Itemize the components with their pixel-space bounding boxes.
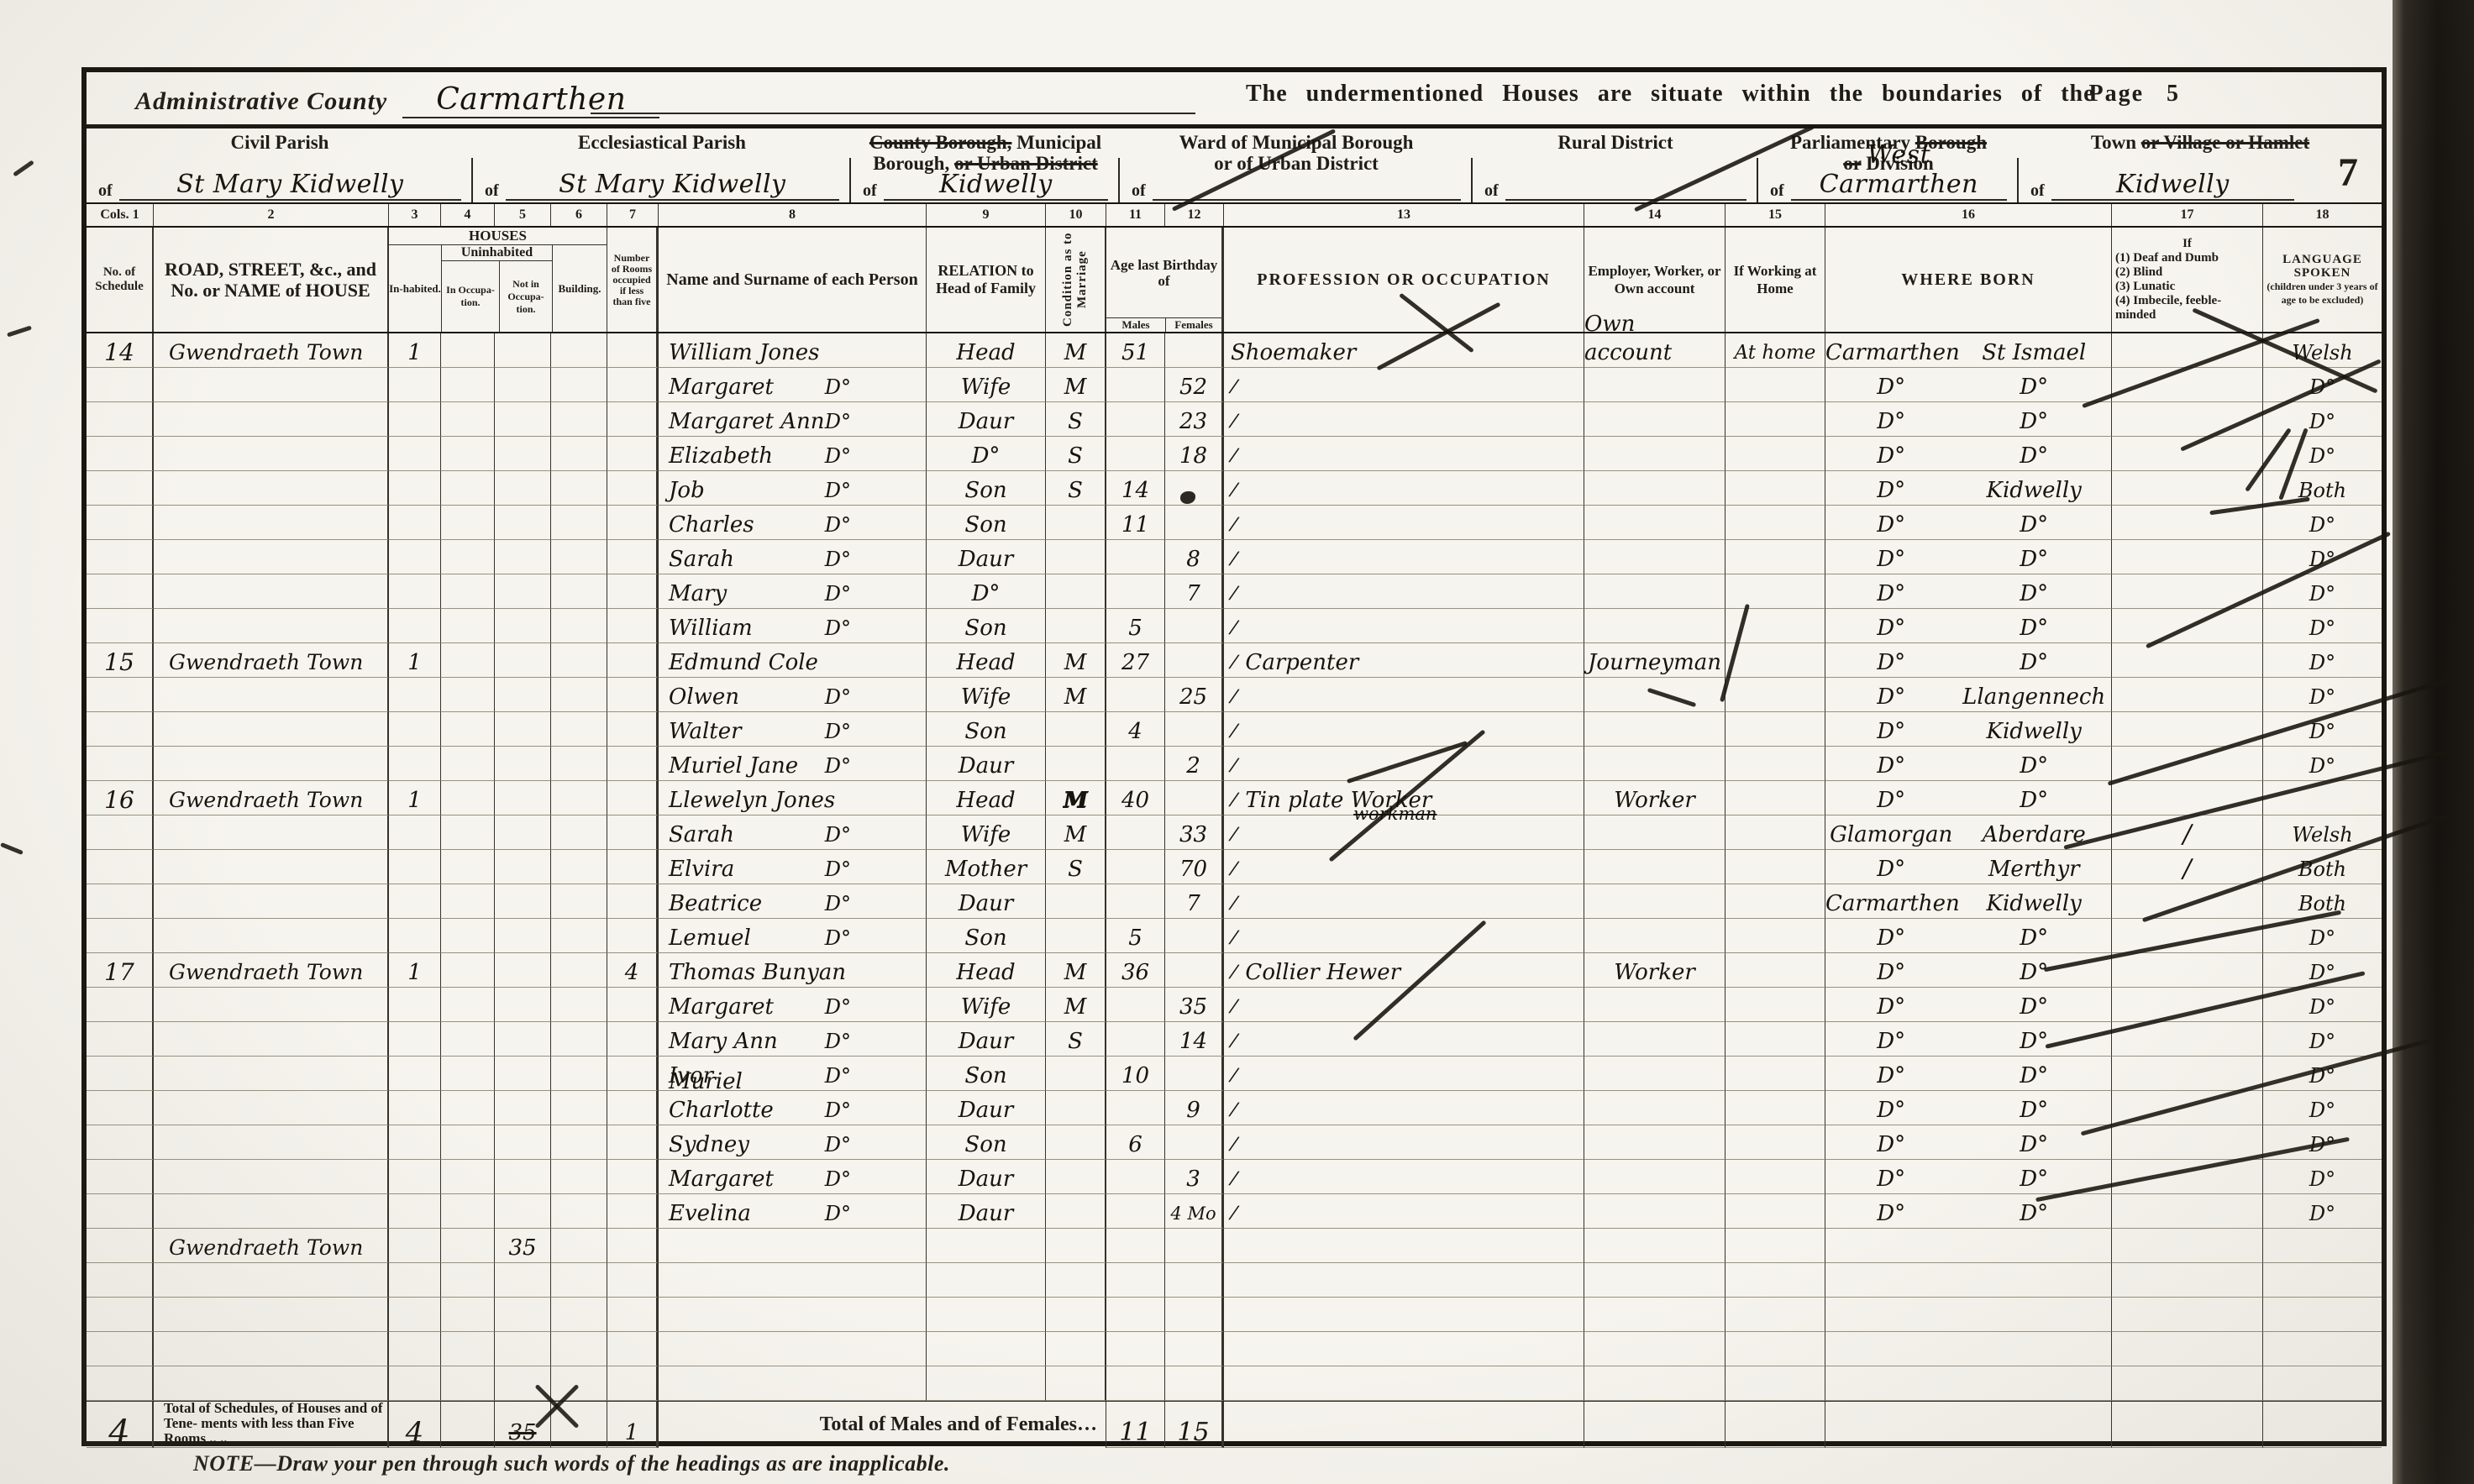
col-building: Building. (553, 245, 607, 332)
person-name: William Jones (659, 338, 820, 367)
cell-building (551, 471, 607, 506)
table-row: IvorD°Son10/D°D°D° (87, 1057, 2382, 1091)
cell-in-occupation (441, 953, 495, 988)
cell-employer (1584, 1263, 1725, 1298)
cell-age-male: 10 (1106, 1057, 1165, 1091)
cell-infirmity: / (2112, 815, 2263, 850)
cell-language: D° (2263, 368, 2382, 402)
cell-age-male: 40 (1106, 781, 1165, 815)
cell-not-in-occupation (495, 1366, 551, 1401)
ward-label2: or of Urban District (1120, 153, 1473, 174)
cell-where-born: D°Kidwelly (1825, 471, 2112, 506)
col-females: Females (1166, 318, 1221, 332)
cell-inhabited (389, 1125, 441, 1160)
cell-in-occupation (441, 1194, 495, 1229)
infirmity-item-4: (4) Imbecile, feeble-minded (2115, 294, 2259, 322)
born-county: D° (1825, 1165, 1957, 1193)
parliamentary-box: Parliamentary Borough or Division ofWest… (1758, 128, 2019, 202)
cell-schedule (87, 1160, 154, 1194)
ward-value (1153, 199, 1461, 201)
born-county: D° (1825, 476, 1957, 505)
person-name: Sydney (659, 1130, 749, 1159)
born-parish: D° (1957, 993, 2111, 1021)
cell-occupation: / (1224, 471, 1584, 506)
cell-rooms (607, 919, 659, 953)
administrative-county-label: Administrative County (135, 87, 387, 115)
person-name: Mary (659, 579, 727, 608)
cell-age-female (1165, 471, 1224, 506)
cell-age-male (1106, 1091, 1165, 1125)
cell-not-in-occupation (495, 609, 551, 643)
cell-condition (1046, 712, 1106, 747)
cell-at-home (1725, 850, 1825, 884)
column-number: 5 (495, 204, 551, 226)
cell-condition: S (1046, 437, 1106, 471)
pen-tick: / (1229, 1199, 1239, 1229)
born-parish: D° (1957, 614, 2111, 642)
pen-tick: / (1229, 717, 1239, 747)
administrative-county: Administrative CountyCarmarthen (135, 82, 659, 117)
cell-building (551, 1194, 607, 1229)
schedules-total-label: Total of Schedules, of Houses and of Ten… (155, 1399, 387, 1450)
cell-occupation: / (1224, 850, 1584, 884)
born-county: D° (1825, 958, 1957, 987)
cell-at-home (1725, 1366, 1825, 1401)
cell-at-home (1725, 1057, 1825, 1091)
cell-at-home (1725, 1298, 1825, 1332)
cell-condition: S (1046, 850, 1106, 884)
cell-where-born: D°D° (1825, 919, 2112, 953)
cell-inhabited: 1 (389, 953, 441, 988)
ditto-mark: D° (825, 752, 851, 780)
table-row: CharlesD°Son11/D°D°D° (87, 506, 2382, 540)
born-parish: Aberdare (1957, 821, 2111, 849)
cell-schedule (87, 884, 154, 919)
cell-condition: M (1046, 333, 1106, 368)
cell-rooms (607, 1057, 659, 1091)
cell-condition (1046, 1332, 1106, 1366)
cell-occupation: / (1224, 815, 1584, 850)
records-area: 14Gwendraeth Town1William JonesHeadM51Sh… (87, 333, 2382, 1401)
cell-building (551, 1263, 607, 1298)
pen-tick: / (1229, 924, 1239, 953)
cell-employer (1584, 1194, 1725, 1229)
person-name: Beatrice (659, 889, 762, 918)
cell-inhabited (389, 402, 441, 437)
table-row: OlwenD°WifeM25/D°LlangennechD° (87, 678, 2382, 712)
born-parish: St Ismael (1957, 338, 2111, 367)
cell-building (551, 1125, 607, 1160)
col-language: LANGUAGE SPOKEN (children under 3 years … (2263, 228, 2382, 332)
cell-building (551, 919, 607, 953)
cell-infirmity (2112, 1057, 2263, 1091)
born-county: D° (1825, 993, 1957, 1021)
column-number: 8 (659, 204, 927, 226)
person-name: Edmund Cole (659, 648, 818, 677)
cell-schedule (87, 1125, 154, 1160)
cell-rooms (607, 1194, 659, 1229)
cell-inhabited (389, 1160, 441, 1194)
cell-condition (1046, 574, 1106, 609)
cell-language (2263, 1366, 2382, 1401)
occupation-text: Shoemaker (1231, 338, 1356, 367)
cell-age-male: 51 (1106, 333, 1165, 368)
cell-at-home (1725, 1022, 1825, 1057)
cell-language (2263, 1332, 2382, 1366)
cell-relation: Daur (927, 1022, 1046, 1057)
table-row: 15Gwendraeth Town1Edmund ColeHeadM27/Car… (87, 643, 2382, 678)
cell-infirmity (2112, 506, 2263, 540)
cell-age-female: 7 (1165, 574, 1224, 609)
cell-road (154, 1091, 389, 1125)
cell-road (154, 988, 389, 1022)
cell-at-home (1725, 884, 1825, 919)
cell-rooms (607, 678, 659, 712)
cell-condition (1046, 540, 1106, 574)
table-row: EvelinaD°Daur4 Mo/D°D°D° (87, 1194, 2382, 1229)
borough-value: Kidwelly (884, 170, 1108, 201)
cell-rooms (607, 333, 659, 368)
cell-infirmity (2112, 1332, 2263, 1366)
census-page-scan: Administrative CountyCarmarthen The unde… (0, 0, 2474, 1484)
cell-occupation: / (1224, 712, 1584, 747)
cell-schedule (87, 815, 154, 850)
rural-district-value (1505, 199, 1747, 201)
cell-relation: Son (927, 1125, 1046, 1160)
cell-in-occupation-total (441, 1402, 495, 1448)
cell-schedules-label: Total of Schedules, of Houses and of Ten… (154, 1402, 389, 1448)
cell-rooms (607, 437, 659, 471)
cell-rooms (607, 1160, 659, 1194)
cell-schedule (87, 1263, 154, 1298)
cell-building (551, 574, 607, 609)
cell-employer (1584, 1125, 1725, 1160)
cell-age-male: 11 (1106, 506, 1165, 540)
cell-name: MargaretD° (659, 1160, 927, 1194)
town-box: Town or Village or Hamlet ofKidwelly 7 (2019, 128, 2382, 202)
cell-language: D° (2263, 506, 2382, 540)
header-row-districts: Civil Parish ofSt Mary Kidwelly Ecclesia… (87, 128, 2382, 204)
born-parish: D° (1957, 958, 2111, 987)
ditto-mark: D° (825, 683, 851, 711)
cell-schedule (87, 506, 154, 540)
pen-tick: / (1229, 752, 1239, 781)
person-name: Thomas Bunyan (659, 958, 846, 987)
cell-employer: Journeyman (1584, 643, 1725, 678)
age-group-label: Age last Birthday of (1106, 228, 1221, 317)
ditto-mark: D° (825, 1062, 851, 1090)
cell-not-in-occupation (495, 678, 551, 712)
col-name: Name and Surname of each Person (659, 228, 927, 332)
cell-rooms (607, 1366, 659, 1401)
column-number: 11 (1106, 204, 1165, 226)
cell-age-male: 6 (1106, 1125, 1165, 1160)
cell-infirmity (2112, 1263, 2263, 1298)
cell-not-in-occupation (495, 368, 551, 402)
cell-rooms (607, 402, 659, 437)
cell-inhabited: 1 (389, 781, 441, 815)
cell-at-home (1725, 506, 1825, 540)
column-number: 7 (607, 204, 659, 226)
cell-age-male (1106, 1229, 1165, 1263)
cell-relation: Daur (927, 1194, 1046, 1229)
cell-where-born: D°D° (1825, 609, 2112, 643)
born-parish: D° (1957, 924, 2111, 952)
cell-relation: Head (927, 333, 1046, 368)
born-county: D° (1825, 1130, 1957, 1159)
cell-rooms-total: 1 (607, 1402, 659, 1448)
col-road: ROAD, STREET, &c., and No. or NAME of HO… (154, 228, 389, 332)
cell-occupation: / (1224, 988, 1584, 1022)
cell-age-male (1106, 1022, 1165, 1057)
cell-schedule (87, 1091, 154, 1125)
cell-age-female: 9 (1165, 1091, 1224, 1125)
cell-occupation: / (1224, 368, 1584, 402)
ecclesiastical-parish-box: Ecclesiastical Parish ofSt Mary Kidwelly (473, 128, 851, 202)
cell-not-in-occupation (495, 471, 551, 506)
cell-inhabited (389, 368, 441, 402)
cell-in-occupation (441, 988, 495, 1022)
cell-in-occupation (441, 506, 495, 540)
born-county: D° (1825, 545, 1957, 574)
cell-road (154, 609, 389, 643)
cell-language (2263, 781, 2382, 815)
born-parish: D° (1957, 648, 2111, 677)
cell-inhabited-total: 4 (389, 1402, 441, 1448)
cell-where-born: D°D° (1825, 506, 2112, 540)
person-name: Mary Ann (659, 1027, 778, 1056)
cell-at-home: At home (1725, 333, 1825, 368)
cell-not-in-occupation (495, 1022, 551, 1057)
cell-inhabited: 1 (389, 333, 441, 368)
born-county: D° (1825, 1199, 1957, 1228)
cell-schedule: 15 (87, 643, 154, 678)
cell-occupation (1224, 1263, 1584, 1298)
cell-schedule (87, 1057, 154, 1091)
born-county: D° (1825, 579, 1957, 608)
cell-age-male (1106, 437, 1165, 471)
cell-relation: Daur (927, 884, 1046, 919)
table-row: SarahD°WifeM33/GlamorganAberdare/Welsh (87, 815, 2382, 850)
cell-not-in-occupation (495, 437, 551, 471)
cell-where-born: D°D° (1825, 1125, 2112, 1160)
cell-age-female (1165, 1229, 1224, 1263)
cell-rooms (607, 1298, 659, 1332)
cell-rooms (607, 781, 659, 815)
ward-box: Ward of Municipal Borough or of Urban Di… (1120, 128, 1473, 202)
cell-relation: Wife (927, 815, 1046, 850)
cell-where-born (1825, 1298, 2112, 1332)
person-name: Muriel Jane (659, 752, 798, 780)
cell-where-born: D°D° (1825, 781, 2112, 815)
cell-in-occupation (441, 1091, 495, 1125)
totals-row: 4 Total of Schedules, of Houses and of T… (87, 1401, 2382, 1448)
cell-road (154, 1022, 389, 1057)
cell-inhabited (389, 1366, 441, 1401)
table-row: Margaret AnnD°DaurS23/D°D°D° (87, 402, 2382, 437)
cell-age-male (1106, 1298, 1165, 1332)
cell-road: Gwendraeth Town (154, 643, 389, 678)
cell-language (2263, 1263, 2382, 1298)
cell-age-female: 3 (1165, 1160, 1224, 1194)
cell-occupation: /Collier Hewer (1224, 953, 1584, 988)
cell-building (551, 884, 607, 919)
cell-condition (1046, 506, 1106, 540)
cell-employer (1584, 747, 1725, 781)
cell-age-female: 14 (1165, 1022, 1224, 1057)
table-row: LemuelD°Son5/D°D°D° (87, 919, 2382, 953)
ditto-mark: D° (825, 821, 851, 849)
pen-stroke (7, 325, 32, 337)
cell-at-home (1725, 643, 1825, 678)
cell-schedule (87, 1022, 154, 1057)
person-name: Sarah (659, 545, 734, 574)
cell-name: WilliamD° (659, 609, 927, 643)
cell-not-in-occupation (495, 712, 551, 747)
column-number: 12 (1165, 204, 1224, 226)
table-row-blank (87, 1332, 2382, 1366)
cell-condition: M (1046, 643, 1106, 678)
cell-schedule (87, 747, 154, 781)
rural-district-label: Rural District (1473, 132, 1758, 153)
ditto-mark: D° (825, 614, 851, 642)
cell-name (659, 1263, 927, 1298)
cell-condition (1046, 1229, 1106, 1263)
table-row: BeatriceD°Daur7/CarmarthenKidwellyBoth (87, 884, 2382, 919)
cell-where-born: D°D° (1825, 1057, 2112, 1091)
cell-infirmity (2112, 437, 2263, 471)
cell-building (551, 1022, 607, 1057)
infirmity-item-3: (3) Lunatic (2115, 280, 2175, 294)
cell-where-born (1825, 1366, 2112, 1401)
born-parish: D° (1957, 1062, 2111, 1090)
cell-not-in-occupation (495, 1194, 551, 1229)
pen-tick: / (1229, 614, 1239, 643)
cell-in-occupation (441, 540, 495, 574)
table-row: Mary AnnD°DaurS14/D°D°D° (87, 1022, 2382, 1057)
cell-rooms: 4 (607, 953, 659, 988)
cell-age-female (1165, 953, 1224, 988)
cell-inhabited: 1 (389, 643, 441, 678)
cell-where-born: D°D° (1825, 988, 2112, 1022)
cell-employer: Own account (1584, 333, 1725, 368)
cell-schedule (87, 1229, 154, 1263)
cell-language: D° (2263, 643, 2382, 678)
table-frame: Administrative CountyCarmarthen The unde… (81, 67, 2387, 1446)
born-parish: D° (1957, 407, 2111, 436)
pen-tick: / (1229, 1062, 1239, 1091)
cell-age-female (1165, 506, 1224, 540)
pen-stroke (13, 160, 34, 176)
table-row: WalterD°Son4/D°KidwellyD° (87, 712, 2382, 747)
table-row: Muriel CharlotteD°Daur9/D°D°D° (87, 1091, 2382, 1125)
cell-not-in-occupation (495, 574, 551, 609)
cell-where-born: CarmarthenKidwelly (1825, 884, 2112, 919)
cell-schedule (87, 574, 154, 609)
col-not-in-occupation: Not in Occupa-tion. (500, 261, 552, 332)
cell-schedule-total: 4 (87, 1402, 154, 1448)
person-name: Elizabeth (659, 442, 773, 470)
table-row: 16Gwendraeth Town1Llewelyn JonesHeadM40/… (87, 781, 2382, 815)
cell-road (154, 884, 389, 919)
cell-in-occupation (441, 333, 495, 368)
cell-inhabited (389, 850, 441, 884)
cell-schedule (87, 850, 154, 884)
col-condition: Condition as to Marriage (1046, 228, 1106, 332)
cell-infirmity (2112, 678, 2263, 712)
born-parish: D° (1957, 545, 2111, 574)
cell-where-born: CarmarthenSt Ismael (1825, 333, 2112, 368)
born-parish: D° (1957, 786, 2111, 815)
cell-at-home (1725, 1194, 1825, 1229)
ditto-mark: D° (825, 511, 851, 539)
cell-relation: Daur (927, 1160, 1046, 1194)
cell-language: D° (2263, 1160, 2382, 1194)
cell-building-total (551, 1402, 607, 1448)
born-parish: D° (1957, 1096, 2111, 1125)
cell-language (2263, 1298, 2382, 1332)
cell-where-born: D°D° (1825, 402, 2112, 437)
cell-language (2263, 1229, 2382, 1263)
person-name: Elvira (659, 855, 734, 884)
cell-in-occupation (441, 437, 495, 471)
cell-road: Gwendraeth Town (154, 1229, 389, 1263)
pen-tick: / (1229, 1096, 1239, 1125)
born-county: Carmarthen (1825, 338, 1957, 367)
cell-language: D° (2263, 953, 2382, 988)
cell-building (551, 953, 607, 988)
cell-condition: M (1046, 953, 1106, 988)
person-name: William (659, 614, 753, 642)
cell-employer (1584, 988, 1725, 1022)
cell-in-occupation (441, 643, 495, 678)
cell-employer (1584, 850, 1725, 884)
cell-name (659, 1332, 927, 1366)
table-row: ElizabethD°D°S18/D°D°D° (87, 437, 2382, 471)
cell-age-male (1106, 678, 1165, 712)
born-parish: D° (1957, 1130, 2111, 1159)
cell-employer (1584, 540, 1725, 574)
pen-tick: / (1229, 786, 1239, 815)
table-row: MaryD°D°7/D°D°D° (87, 574, 2382, 609)
cell-name: CharlesD° (659, 506, 927, 540)
cell-in-occupation (441, 1057, 495, 1091)
of-label: of (1132, 181, 1146, 201)
column-number: 4 (441, 204, 495, 226)
occupation-text: Collier Hewer (1245, 958, 1400, 987)
table-row-blank (87, 1298, 2382, 1332)
cell-infirmity (2112, 1091, 2263, 1125)
cell-inhabited (389, 609, 441, 643)
born-county: D° (1825, 373, 1957, 401)
borough-label-struck1: County Borough, (869, 132, 1012, 153)
pen-tick: / (1229, 1130, 1239, 1160)
cell-inhabited (389, 1332, 441, 1366)
males-females-total-label: Total of Males and of Females… (659, 1402, 1106, 1448)
cell-inhabited (389, 1022, 441, 1057)
cell-relation: Head (927, 953, 1046, 988)
cell-at-home (1725, 1160, 1825, 1194)
cell-infirmity (2112, 781, 2263, 815)
cell-road (154, 1125, 389, 1160)
cell-schedule: 14 (87, 333, 154, 368)
col-occupation: PROFESSION OR OCCUPATION (1224, 228, 1584, 332)
cell-age-male (1106, 402, 1165, 437)
cell-name: Mary AnnD° (659, 1022, 927, 1057)
table-row: MargaretD°WifeM52/D°D°D° (87, 368, 2382, 402)
cell-condition (1046, 1366, 1106, 1401)
cell-empty (2112, 1402, 2263, 1448)
